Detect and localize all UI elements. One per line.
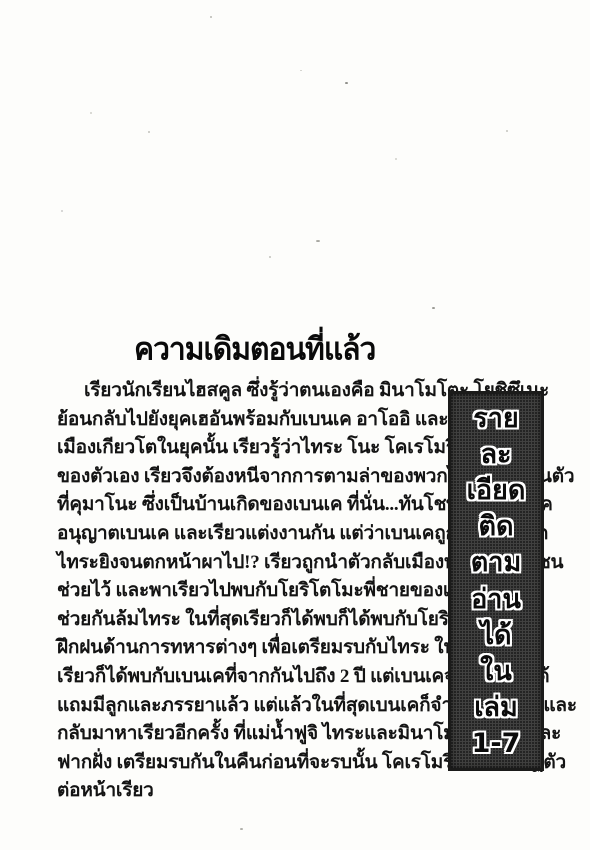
page-title: ความเดิมตอนที่แล้ว <box>134 329 364 371</box>
volume-note-line: ตาม <box>471 549 522 576</box>
scanned-book-page: ความเดิมตอนที่แล้ว เรียวนักเรียนไฮสคูล ซ… <box>0 0 590 850</box>
scan-speck <box>316 240 320 242</box>
paragraph-line: ต่อหน้าเรียว <box>57 777 445 806</box>
paragraph-line: แถมมีลูกและภรรยาแล้ว แต่แล้วในที่สุดเบนเ… <box>57 692 445 721</box>
paragraph-line: ฟากฝั่ง เตรียมรบกันในคืนก่อนที่จะรบนั้น … <box>57 749 445 778</box>
volume-note-box: ราย ละ เอียด ติด ตาม อ่าน ได้ ใน เล่ม 1-… <box>448 391 544 771</box>
recap-paragraph: เรียวนักเรียนไฮสคูล ซึ่งรู้ว่าตนเองคือ ม… <box>57 377 445 806</box>
scan-speck <box>345 82 348 84</box>
scan-speck <box>395 158 397 160</box>
volume-note-line: ติด <box>478 513 513 540</box>
scan-speck <box>269 256 271 258</box>
scan-speck <box>240 828 243 830</box>
paragraph-line: เรียวก็ได้พบกับเบนเคที่จากกันไปถึง 2 ปี … <box>57 663 445 692</box>
volume-note-line: เอียด <box>467 477 526 504</box>
paragraph-line: อนุญาตเบนเค และเรียวแต่งงานกัน แต่ว่าเบน… <box>57 520 445 549</box>
paragraph-line: ช่วยกันล้มไทระ ในที่สุดเรียวก็ได้พบก็ได้… <box>57 606 445 635</box>
scan-speck <box>506 130 508 132</box>
paragraph-line: เรียวนักเรียนไฮสคูล ซึ่งรู้ว่าตนเองคือ ม… <box>57 377 445 406</box>
volume-note-line: อ่าน <box>471 586 521 613</box>
scan-speck <box>90 112 92 114</box>
volume-note-line: ใน <box>480 658 512 685</box>
scan-speck <box>300 70 302 71</box>
volume-note-line: เล่ม <box>474 694 518 721</box>
volume-note-line: ราย <box>473 405 518 432</box>
scan-speck <box>210 16 212 18</box>
volume-note-line: ละ <box>480 441 511 468</box>
paragraph-line: ฝึกฝนด้านการทหารต่างๆ เพื่อเตรียมรบกับไท… <box>57 634 445 663</box>
scan-speck <box>61 210 63 212</box>
paragraph-line: ย้อนกลับไปยังยุคเฮอันพร้อมกับเบนเค อาโออ… <box>57 406 445 435</box>
paragraph-line: ช่วยไว้ และพาเรียวไปพบกับโยริโตโมะพี่ชาย… <box>57 577 445 606</box>
paragraph-line: กลับมาหาเรียวอีกครั้ง ที่แม่น้ำฟูจิ ไทระ… <box>57 720 445 749</box>
scan-speck <box>432 307 435 309</box>
paragraph-line: ไทระยิงจนตกหน้าผาไป!? เรียวถูกนำตัวกลับเ… <box>57 549 445 578</box>
volume-note-line: 1-7 <box>472 730 521 757</box>
volume-note-line: ได้ <box>480 622 511 649</box>
paragraph-line: เมืองเกียวโตในยุคนั้น เรียวรู้ว่าไทระ โน… <box>57 434 445 463</box>
paragraph-line: ที่คุมาโนะ ซึ่งเป็นบ้านเกิดของเบนเค ที่น… <box>57 491 445 520</box>
scan-speck <box>148 131 150 133</box>
paragraph-line: ของตัวเอง เรียวจึงต้องหนีจากการตามล่าของ… <box>57 463 445 492</box>
